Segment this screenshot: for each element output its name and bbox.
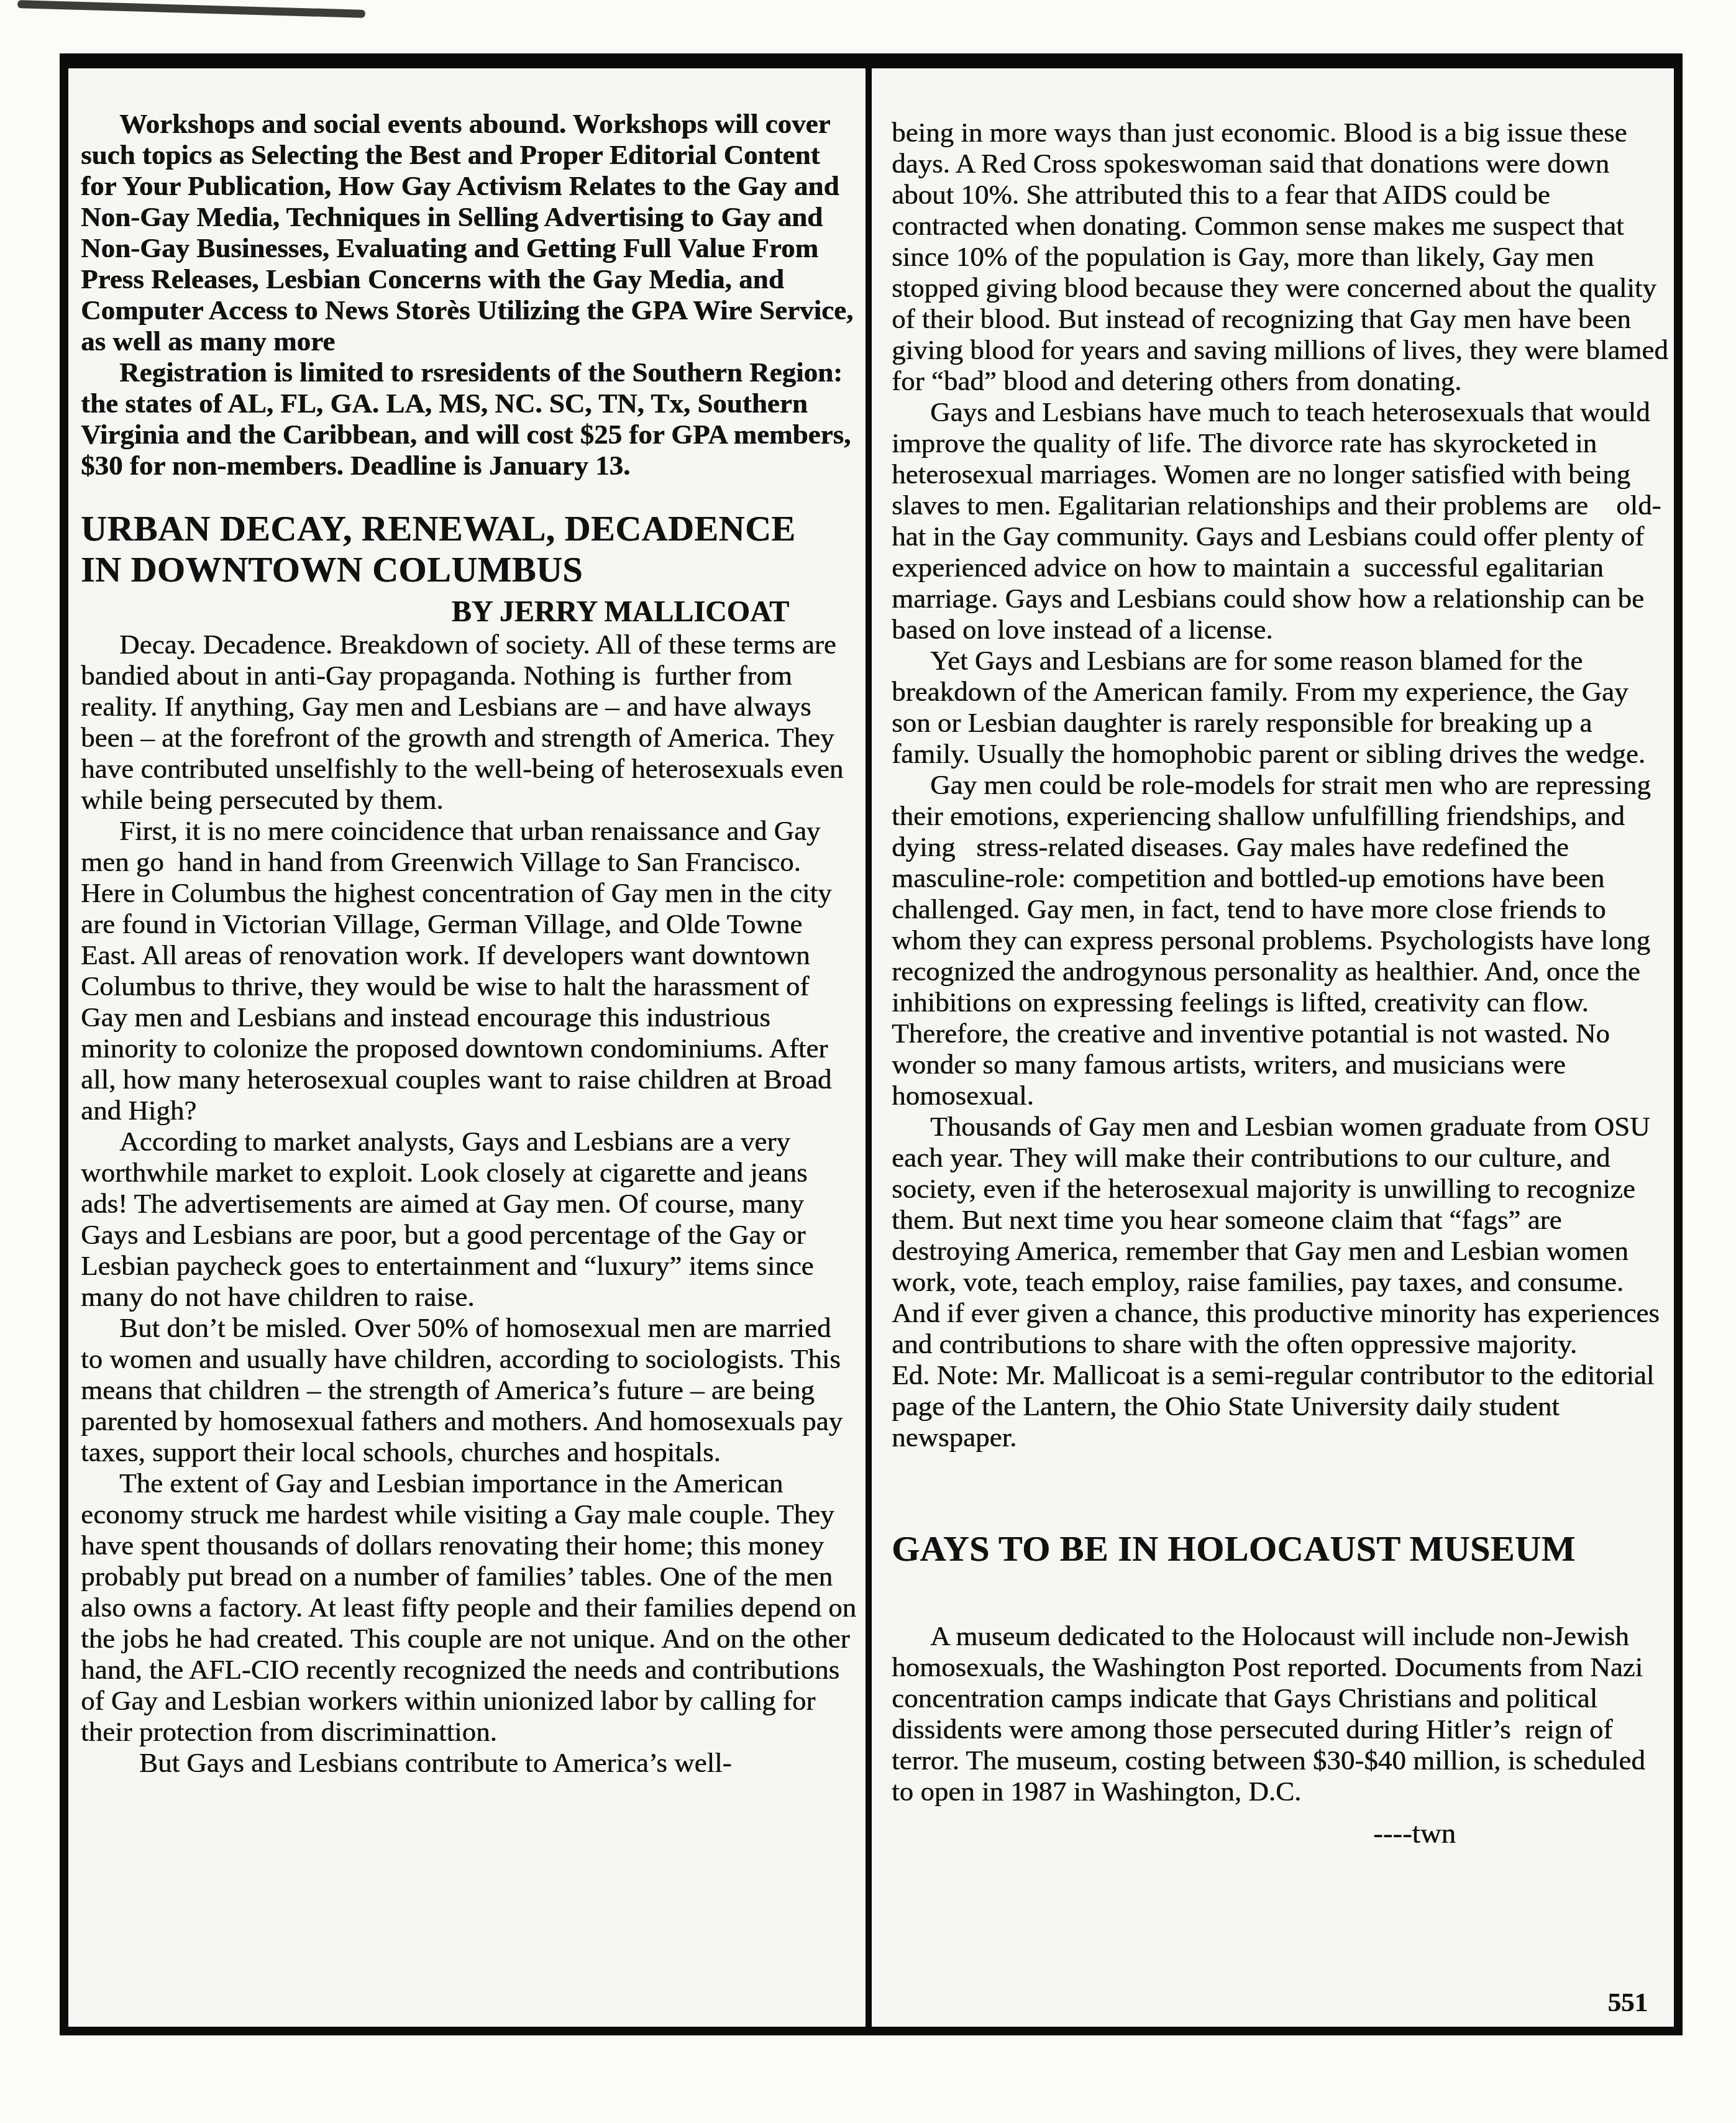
- paragraph: Gay men could be role-models for strait …: [892, 769, 1668, 1111]
- paragraph: But don’t be misled. Over 50% of homosex…: [81, 1312, 859, 1468]
- scan-edge-artifact: [17, 0, 365, 18]
- paragraph: Decay. Decadence. Breakdown of society. …: [81, 629, 859, 815]
- paragraph: Yet Gays and Lesbians are for some reaso…: [892, 645, 1668, 769]
- page-number: 551: [1608, 1988, 1648, 2018]
- article2-heading: GAYS TO BE IN HOLOCAUST MUSEUM: [892, 1528, 1668, 1569]
- article-heading-line2: IN DOWNTOWN COLUMBUS: [81, 549, 859, 590]
- author-signature: ----twn: [892, 1817, 1668, 1850]
- paragraph-continuation: being in more ways than just economic. B…: [892, 117, 1668, 396]
- column-divider: [866, 68, 872, 2027]
- paragraph: Gays and Lesbians have much to teach het…: [892, 396, 1668, 645]
- paragraph-continuation-lead: But Gays and Lesbians contribute to Amer…: [81, 1747, 859, 1778]
- scanned-newsletter-page: Workshops and social events abound. Work…: [0, 0, 1736, 2123]
- paragraph-workshops: Workshops and social events abound. Work…: [81, 108, 859, 357]
- paragraph: The extent of Gay and Lesbian importance…: [81, 1468, 859, 1747]
- page-border-frame: Workshops and social events abound. Work…: [60, 53, 1683, 2035]
- right-column: being in more ways than just economic. B…: [892, 68, 1668, 1850]
- paragraph-registration: Registration is limited to rsresidents o…: [81, 357, 859, 481]
- article-heading-line1: URBAN DECAY, RENEWAL, DECADENCE: [81, 508, 859, 549]
- paragraph: According to market analysts, Gays and L…: [81, 1126, 859, 1312]
- left-column: Workshops and social events abound. Work…: [81, 68, 859, 1778]
- paragraph: First, it is no mere coincidence that ur…: [81, 815, 859, 1126]
- byline: BY JERRY MALLICOAT: [81, 595, 859, 629]
- editor-note: Ed. Note: Mr. Mallicoat is a semi-regula…: [892, 1359, 1668, 1453]
- paragraph: A museum dedicated to the Holocaust will…: [892, 1620, 1668, 1807]
- paragraph: Thousands of Gay men and Lesbian women g…: [892, 1111, 1668, 1359]
